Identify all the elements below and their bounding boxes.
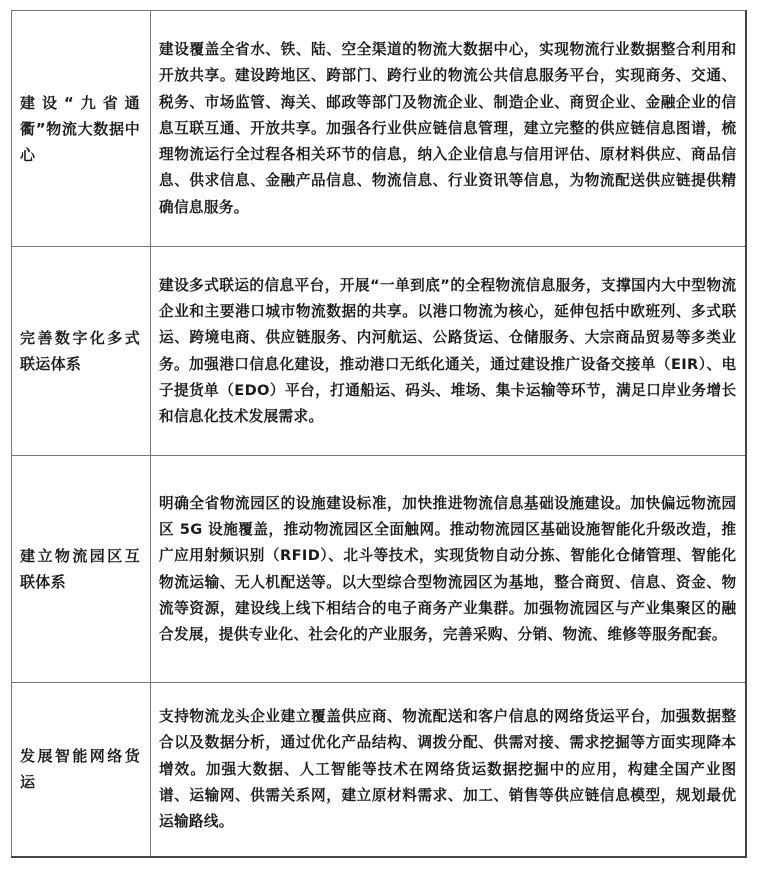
row-label-big-data-center: 建设“九省通衢”物流大数据中心 bbox=[12, 11, 151, 247]
row-label-logistics-park: 建立物流园区互联体系 bbox=[12, 456, 151, 683]
row-content-multimodal-transport: 建设多式联运的信息平台，开展“一单到底”的全程物流信息服务，支撑国内大中型物流企… bbox=[151, 247, 746, 456]
row-content-network-freight: 支持物流龙头企业建立覆盖供应商、物流配送和客户信息的网络货运平台，加强数据整合以… bbox=[151, 683, 746, 857]
table-row: 发展智能网络货运 支持物流龙头企业建立覆盖供应商、物流配送和客户信息的网络货运平… bbox=[12, 683, 746, 857]
row-label-multimodal-transport: 完善数字化多式联运体系 bbox=[12, 247, 151, 456]
row-content-logistics-park: 明确全省物流园区的设施建设标准，加快推进物流信息基础设施建设。加快偏远物流园区 … bbox=[151, 456, 746, 683]
table-row: 建设“九省通衢”物流大数据中心 建设覆盖全省水、铁、陆、空全渠道的物流大数据中心… bbox=[12, 11, 746, 247]
row-label-network-freight: 发展智能网络货运 bbox=[12, 683, 151, 857]
row-content-big-data-center: 建设覆盖全省水、铁、陆、空全渠道的物流大数据中心，实现物流行业数据整合利用和开放… bbox=[151, 11, 746, 247]
measures-table: 建设“九省通衢”物流大数据中心 建设覆盖全省水、铁、陆、空全渠道的物流大数据中心… bbox=[11, 10, 747, 858]
table-row: 建立物流园区互联体系 明确全省物流园区的设施建设标准，加快推进物流信息基础设施建… bbox=[12, 456, 746, 683]
table-row: 完善数字化多式联运体系 建设多式联运的信息平台，开展“一单到底”的全程物流信息服… bbox=[12, 247, 746, 456]
